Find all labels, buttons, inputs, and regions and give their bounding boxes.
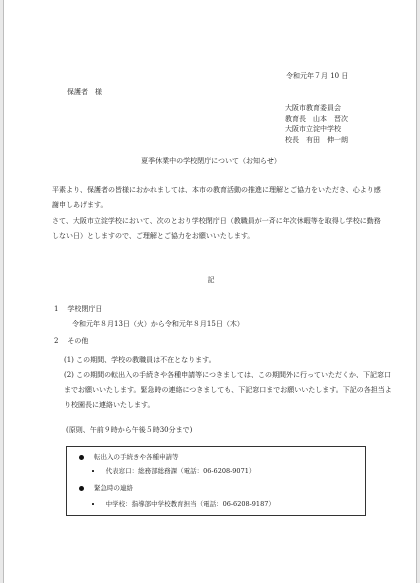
contact-heading-text: 緊急時の連絡 bbox=[94, 484, 133, 492]
section-1-heading: 1 学校閉庁日 bbox=[54, 305, 102, 314]
section-2-heading: 2 その他 bbox=[54, 337, 88, 346]
section-2-item-1: (1) この期間、学校の教職員は不在となります。 bbox=[64, 353, 394, 368]
bullet-icon bbox=[79, 455, 84, 460]
bullet-icon bbox=[79, 486, 84, 491]
ki-heading: 記 bbox=[4, 276, 418, 285]
office-hours-note: (原則、午前９時から午後５時30分まで) bbox=[66, 426, 192, 435]
sender-line: 大阪市立淀中学校 bbox=[285, 124, 348, 135]
contact-line: 中学校：指導部中学校教育担当（電話：06-6208-9187） bbox=[89, 500, 275, 509]
sender-line: 教育長 山本 晋次 bbox=[285, 114, 348, 125]
section-2-item-2: (2) この期間の転出入の手続きや各種申請等につきましては、この期間外に行ってい… bbox=[64, 368, 394, 413]
contact-heading-text: 転出入の手続きや各種申請等 bbox=[94, 453, 179, 461]
contact-line-text: 代表窓口：総務部総務課（電話：06-6208-9071） bbox=[106, 467, 256, 475]
dot-icon bbox=[92, 470, 94, 472]
contact-line-text: 中学校：指導部中学校教育担当（電話：06-6208-9187） bbox=[106, 500, 275, 508]
addressee: 保護者 様 bbox=[67, 88, 102, 97]
sender-line: 校長 有田 伸一朗 bbox=[285, 135, 348, 146]
document-date: 令和元年７月 10 日 bbox=[286, 72, 348, 81]
sender-block: 大阪市教育委員会 教育長 山本 晋次 大阪市立淀中学校 校長 有田 伸一朗 bbox=[285, 103, 348, 145]
document-page: 令和元年７月 10 日 保護者 様 大阪市教育委員会 教育長 山本 晋次 大阪市… bbox=[3, 0, 417, 583]
section-title: 学校閉庁日 bbox=[67, 305, 102, 313]
section-1-body: 令和元年８月13日（火）から令和元年８月15日（木） bbox=[72, 320, 244, 329]
paragraph-greeting: 平素より、保護者の皆様におかれましては、本市の教育活動の推進に理解とご協力をいた… bbox=[52, 183, 387, 213]
section-number: 2 bbox=[54, 337, 58, 345]
dot-icon bbox=[92, 503, 94, 505]
section-number: 1 bbox=[54, 305, 58, 313]
contact-line: 代表窓口：総務部総務課（電話：06-6208-9071） bbox=[89, 467, 255, 476]
contact-box: 転出入の手続きや各種申請等 代表窓口：総務部総務課（電話：06-6208-907… bbox=[66, 446, 366, 516]
document-title: 夏季休業中の学校閉庁について（お知らせ） bbox=[4, 157, 418, 166]
contact-group-heading: 緊急時の連絡 bbox=[79, 484, 133, 493]
sender-line: 大阪市教育委員会 bbox=[285, 103, 348, 114]
section-title: その他 bbox=[67, 337, 88, 345]
paragraph-notice: さて、大阪市立淀学校において、次のとおり学校閉庁日（教職員が一斉に年次休暇等を取… bbox=[52, 214, 387, 244]
contact-group-heading: 転出入の手続きや各種申請等 bbox=[79, 453, 179, 462]
